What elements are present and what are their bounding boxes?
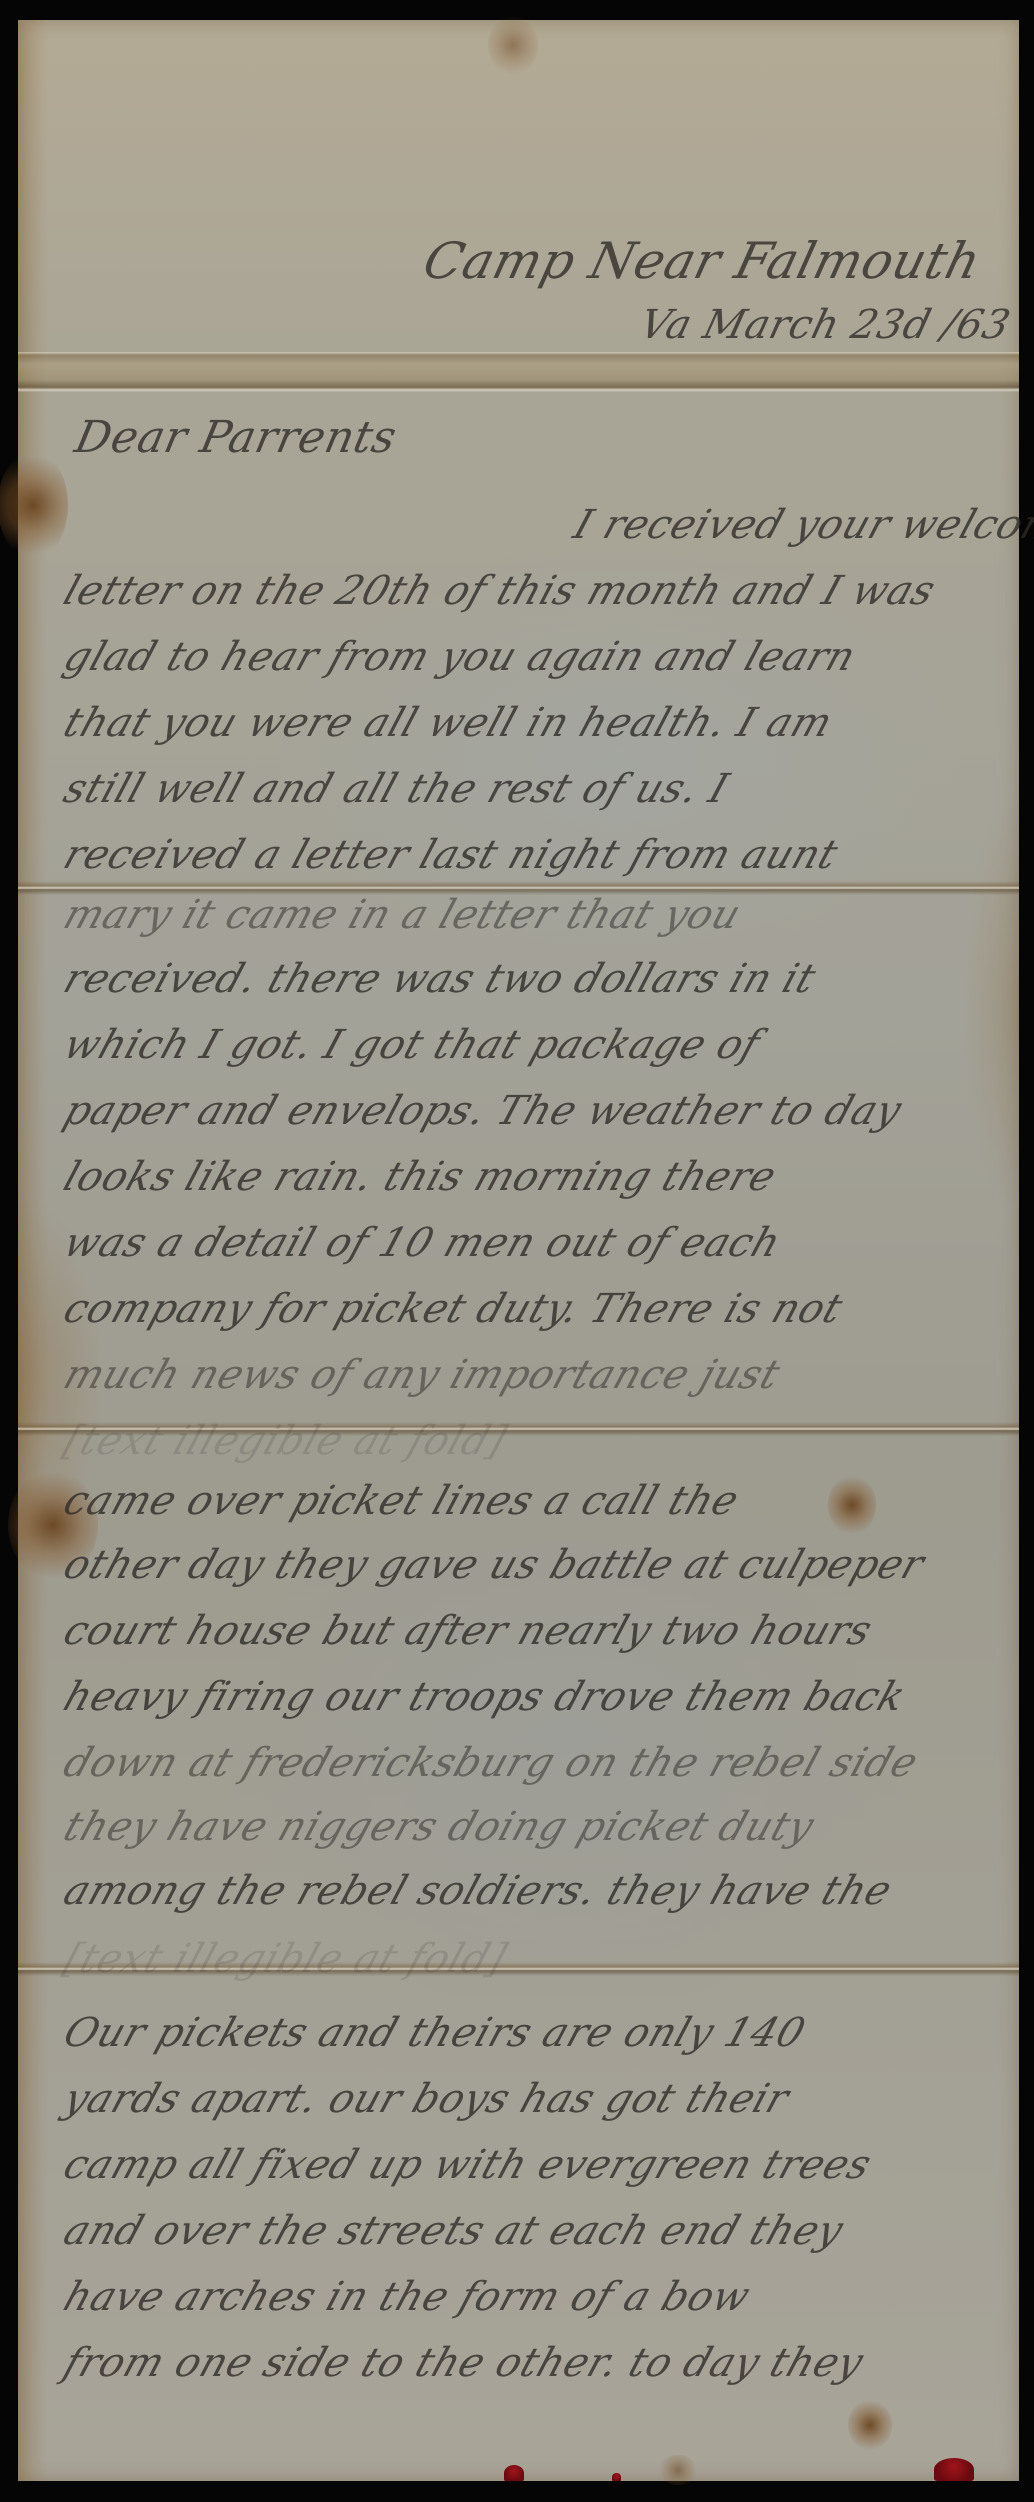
letter-line: court house but after nearly two hours [58,1608,878,1654]
fold-line [18,352,1019,392]
letter-line: have arches in the form of a bow [58,2274,756,2320]
letter-line: paper and envelops. The weather to day [58,1088,907,1134]
letter-line: letter on the 20th of this month and I w… [58,568,941,614]
letter-line: from one side to the other. to day they [58,2340,869,2386]
wax-seal-drip [504,2465,524,2481]
wax-seal-drip [934,2458,974,2481]
letter-line: among the rebel soldiers. they have the [58,1868,898,1914]
letter-page: Camp Near Falmouth Va March 23d /63 Dear… [18,20,1019,2481]
letter-line-illegible: [text illegible at fold] [58,1418,512,1464]
letter-line: looks like rain. this morning there [58,1154,782,1200]
letter-line: glad to hear from you again and learn [58,634,862,680]
stain [848,2400,892,2450]
letter-line: they have niggers doing picket duty [58,1804,820,1850]
letter-line: which I got. I got that package of [58,1022,766,1068]
letter-line: camp all fixed up with evergreen trees [58,2142,877,2188]
stain [828,1475,876,1535]
stain [0,450,68,560]
letter-line: was a detail of 10 men out of each [58,1220,787,1266]
letter-line: company for picket duty. There is not [58,1286,848,1332]
letter-line: came over picket lines a call the [58,1478,745,1524]
letter-line: and over the streets at each end they [58,2208,849,2254]
wax-seal-drip [612,2473,621,2481]
letter-line: still well and all the rest of us. I [58,766,734,812]
letter-line: much news of any importance just [58,1352,786,1398]
letter-line: I received your welcom [568,502,1034,548]
letter-line-illegible: [text illegible at fold] [58,1936,512,1982]
letter-salutation: Dear Parrents [71,412,401,463]
letter-line: yards apart. our boys has got their [58,2076,795,2122]
letter-line: other day they gave us battle at culpepe… [58,1542,930,1588]
letter-line: that you were all well in health. I am [58,700,838,746]
letter-line: received. there was two dollars in it [58,956,821,1002]
stain [658,2455,698,2485]
letter-line: received a letter last night from aunt [58,832,844,878]
letter-date: Va March 23d /63 [635,302,1015,348]
letter-line: mary it came in a letter that you [58,892,747,938]
letter-place: Camp Near Falmouth [417,232,986,290]
letter-line: Our pickets and theirs are only 140 [58,2010,811,2056]
stain [488,15,538,75]
letter-line: heavy firing our troops drove them back [58,1674,911,1720]
letter-line: down at fredericksburg on the rebel side [58,1740,924,1786]
